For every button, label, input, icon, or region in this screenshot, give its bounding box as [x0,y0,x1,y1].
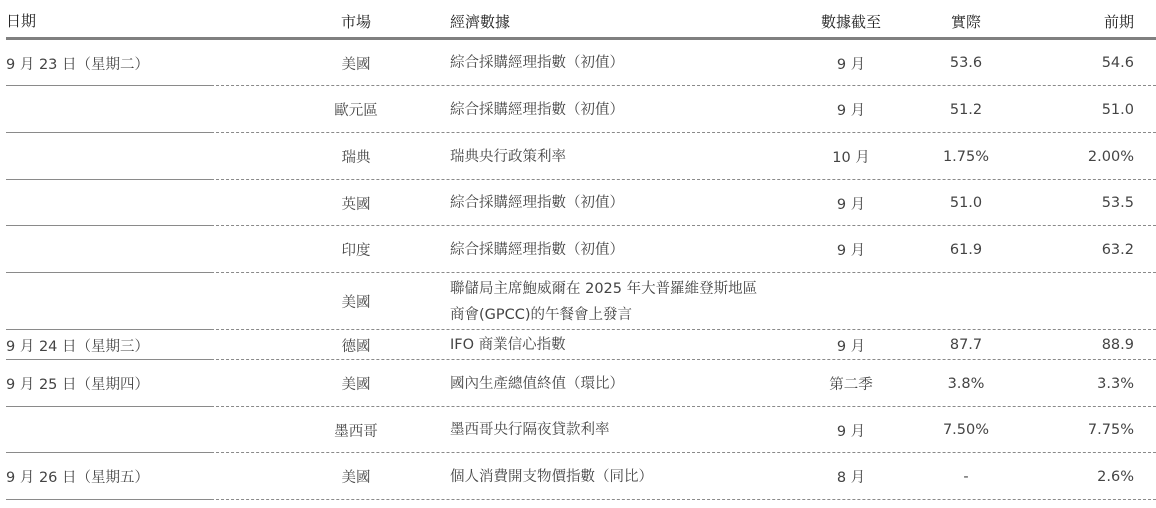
cell-actual: 3.8% [906,376,1026,392]
cell-economic-data-line-2: 商會(GPCC)的午餐會上發言 [450,302,796,328]
cell-economic-data: 綜合採購經理指數（初值） [416,237,796,263]
cell-market: 英國 [296,193,416,214]
table-row: 9 月 24 日（星期三） 德國 IFO 商業信心指數 9 月 87.7 88.… [6,330,1156,360]
cell-economic-data: 國內生產總值終值（環比） [416,371,796,397]
header-as-of: 數據截至 [796,5,906,32]
cell-actual: 61.9 [906,242,1026,258]
cell-economic-data: 墨西哥央行隔夜貸款利率 [416,417,796,443]
cell-previous: 3.3% [1026,376,1152,392]
cell-market: 美國 [296,466,416,487]
cell-market: 印度 [296,239,416,260]
cell-as-of: 9 月 [796,239,906,260]
cell-date: 9 月 26 日（星期五） [6,466,296,487]
cell-market: 歐元區 [296,99,416,120]
table-row: 9 月 23 日（星期二） 美國 綜合採購經理指數（初值） 9 月 53.6 5… [6,40,1156,86]
cell-previous: 2.6% [1026,469,1152,485]
cell-economic-data: 瑞典央行政策利率 [416,144,796,170]
cell-economic-data: 綜合採購經理指數（初值） [416,190,796,216]
cell-market: 美國 [296,373,416,394]
cell-actual: - [906,469,1026,485]
header-previous: 前期 [1026,5,1152,32]
cell-economic-data: 個人消費開支物價指數（同比） [416,464,796,490]
cell-previous: 2.00% [1026,149,1152,165]
cell-economic-data: IFO 商業信心指數 [416,332,796,358]
cell-previous: 63.2 [1026,242,1152,258]
header-date: 日期 [6,6,296,31]
cell-actual: 1.75% [906,149,1026,165]
table-row: 印度 綜合採購經理指數（初值） 9 月 61.9 63.2 [6,226,1156,273]
header-market: 市場 [296,5,416,32]
table-row: 美國 聯儲局主席鮑威爾在 2025 年大普羅維登斯地區 商會(GPCC)的午餐會… [6,273,1156,330]
cell-date: 9 月 25 日（星期四） [6,373,296,394]
cell-as-of: 10 月 [796,146,906,167]
header-actual: 實際 [906,5,1026,32]
table-header: 日期 市場 經濟數據 數據截至 實際 前期 [6,0,1156,40]
cell-as-of: 9 月 [796,193,906,214]
cell-actual: 87.7 [906,337,1026,353]
cell-market: 美國 [296,291,416,312]
cell-previous: 51.0 [1026,102,1152,118]
cell-actual: 53.6 [906,55,1026,71]
cell-market: 墨西哥 [296,420,416,441]
cell-date: 9 月 24 日（星期三） [6,335,296,356]
table-row: 歐元區 綜合採購經理指數（初值） 9 月 51.2 51.0 [6,86,1156,133]
cell-actual: 7.50% [906,422,1026,438]
header-economic-data: 經濟數據 [416,3,796,35]
table-row: 瑞典 瑞典央行政策利率 10 月 1.75% 2.00% [6,133,1156,180]
cell-previous: 88.9 [1026,337,1152,353]
cell-economic-data: 聯儲局主席鮑威爾在 2025 年大普羅維登斯地區 商會(GPCC)的午餐會上發言 [416,276,796,328]
cell-date: 9 月 23 日（星期二） [6,53,296,74]
economic-calendar-table: 日期 市場 經濟數據 數據截至 實際 前期 9 月 23 日（星期二） 美國 綜… [6,0,1156,500]
cell-previous: 54.6 [1026,55,1152,71]
cell-as-of: 9 月 [796,53,906,74]
table-row: 9 月 25 日（星期四） 美國 國內生產總值終值（環比） 第二季 3.8% 3… [6,360,1156,407]
cell-previous: 7.75% [1026,422,1152,438]
cell-economic-data: 綜合採購經理指數（初值） [416,97,796,123]
cell-as-of: 8 月 [796,466,906,487]
cell-market: 德國 [296,335,416,356]
table-row: 墨西哥 墨西哥央行隔夜貸款利率 9 月 7.50% 7.75% [6,407,1156,453]
cell-actual: 51.0 [906,195,1026,211]
cell-market: 瑞典 [296,146,416,167]
cell-actual: 51.2 [906,102,1026,118]
cell-previous: 53.5 [1026,195,1152,211]
cell-as-of: 9 月 [796,335,906,356]
cell-economic-data-line-1: 聯儲局主席鮑威爾在 2025 年大普羅維登斯地區 [450,276,796,302]
cell-economic-data: 綜合採購經理指數（初值） [416,50,796,76]
table-row: 9 月 26 日（星期五） 美國 個人消費開支物價指數（同比） 8 月 - 2.… [6,453,1156,500]
table-row: 英國 綜合採購經理指數（初值） 9 月 51.0 53.5 [6,180,1156,226]
cell-as-of: 第二季 [796,373,906,394]
cell-as-of: 9 月 [796,420,906,441]
cell-market: 美國 [296,53,416,74]
cell-as-of: 9 月 [796,99,906,120]
